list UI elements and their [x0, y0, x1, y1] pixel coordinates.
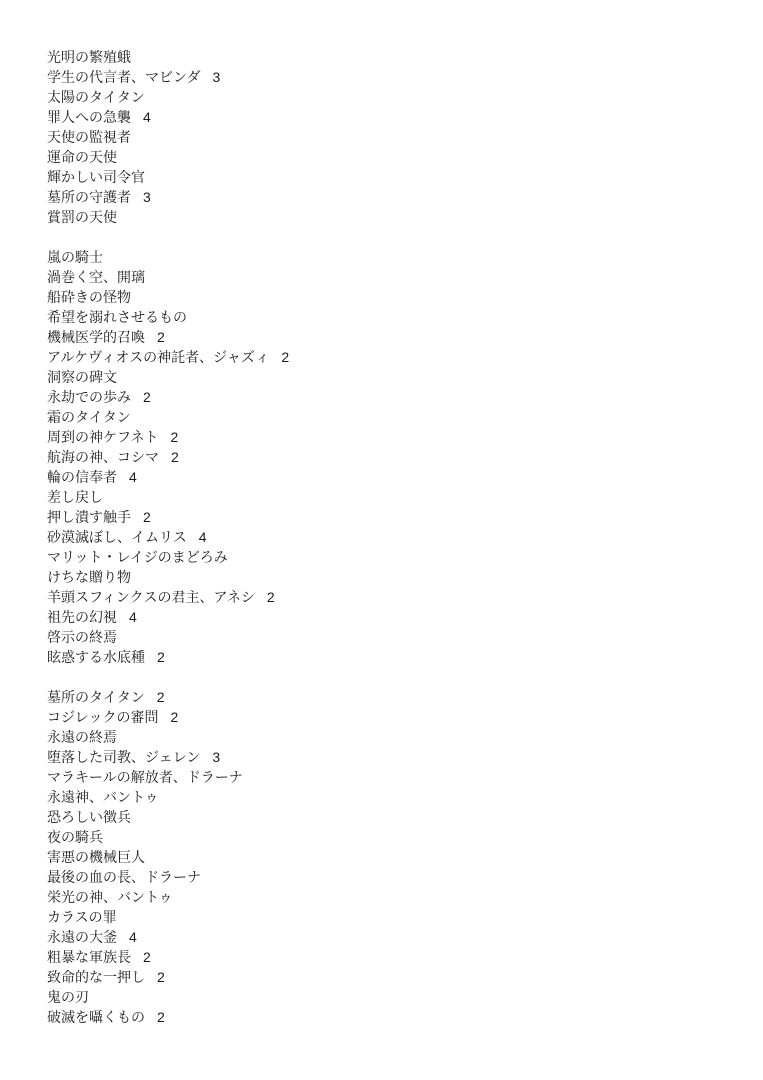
document-page: 光明の繁殖蛾学生の代言者、マビンダ3太陽のタイタン罪人への急襲4天使の監視者運命… — [0, 0, 763, 1080]
card-list-item: 機械医学的召喚2 — [47, 327, 289, 347]
card-group-3: 墓所のタイタン2コジレックの審問2永遠の終焉堕落した司教、ジェレン3マラキールの… — [47, 687, 289, 1027]
card-count: 4 — [199, 529, 207, 545]
card-list-item: アルケヴィオスの神託者、ジャズィ2 — [47, 347, 289, 367]
card-name: 罪人への急襲 — [47, 109, 131, 125]
card-count: 2 — [143, 389, 151, 405]
card-count: 3 — [143, 189, 151, 205]
card-list-item: 永遠の終焉 — [47, 727, 289, 747]
card-count: 2 — [267, 589, 275, 605]
card-list-item: 鬼の刃 — [47, 987, 289, 1007]
card-group-2: 嵐の騎士渦巻く空、開璃船砕きの怪物希望を溺れさせるもの機械医学的召喚2アルケヴィ… — [47, 247, 289, 667]
card-list-item: マリット・レイジのまどろみ — [47, 547, 289, 567]
card-count: 2 — [157, 329, 165, 345]
card-list-item: 粗暴な軍族長2 — [47, 947, 289, 967]
card-count: 2 — [157, 689, 165, 705]
card-name: 永遠神、バントゥ — [47, 789, 159, 805]
card-list-item: 周到の神ケフネト2 — [47, 427, 289, 447]
card-list-item: 墓所のタイタン2 — [47, 687, 289, 707]
card-list-item: 永劫での歩み2 — [47, 387, 289, 407]
card-name: 船砕きの怪物 — [47, 289, 131, 305]
card-list-item: 祖先の幻視4 — [47, 607, 289, 627]
card-name: 希望を溺れさせるもの — [47, 309, 187, 325]
card-name: 鬼の刃 — [47, 989, 89, 1005]
card-name: 永遠の終焉 — [47, 729, 117, 745]
card-name: 墓所のタイタン — [47, 689, 145, 705]
card-list-item: 恐ろしい徴兵 — [47, 807, 289, 827]
card-list-item: 致命的な一押し2 — [47, 967, 289, 987]
card-name: コジレックの審問 — [47, 709, 159, 725]
card-name: 害悪の機械巨人 — [47, 849, 145, 865]
card-count: 4 — [143, 109, 151, 125]
card-list-item: 渦巻く空、開璃 — [47, 267, 289, 287]
card-list-item: 罪人への急襲4 — [47, 107, 289, 127]
card-name: 光明の繁殖蛾 — [47, 49, 131, 65]
card-list-item: 太陽のタイタン — [47, 87, 289, 107]
card-name: マリット・レイジのまどろみ — [47, 549, 228, 565]
card-list-item: 賞罰の天使 — [47, 207, 289, 227]
card-list-item: 船砕きの怪物 — [47, 287, 289, 307]
card-list-item: 輪の信奉者4 — [47, 467, 289, 487]
card-list-item: 墓所の守護者3 — [47, 187, 289, 207]
card-name: 堕落した司教、ジェレン — [47, 749, 200, 765]
card-name: 渦巻く空、開璃 — [47, 269, 145, 285]
card-list-item: 天使の監視者 — [47, 127, 289, 147]
card-count: 2 — [281, 349, 289, 365]
card-name: 眩惑する水底種 — [47, 649, 145, 665]
card-list: 光明の繁殖蛾学生の代言者、マビンダ3太陽のタイタン罪人への急襲4天使の監視者運命… — [47, 47, 289, 1047]
card-list-item: 洞察の碑文 — [47, 367, 289, 387]
card-name: カラスの罪 — [47, 909, 117, 925]
card-name: 粗暴な軍族長 — [47, 949, 131, 965]
card-list-item: 差し戻し — [47, 487, 289, 507]
card-name: 輝かしい司令官 — [47, 169, 145, 185]
card-count: 2 — [157, 649, 165, 665]
card-list-item: コジレックの審問2 — [47, 707, 289, 727]
card-name: 永劫での歩み — [47, 389, 131, 405]
card-name: マラキールの解放者、ドラーナ — [47, 769, 243, 785]
card-count: 2 — [157, 1009, 165, 1025]
card-name: 破滅を囁くもの — [47, 1009, 145, 1025]
card-list-item: 押し潰す触手2 — [47, 507, 289, 527]
card-list-item: 害悪の機械巨人 — [47, 847, 289, 867]
card-name: 学生の代言者、マビンダ — [47, 69, 200, 85]
card-list-item: 光明の繁殖蛾 — [47, 47, 289, 67]
card-count: 4 — [129, 929, 137, 945]
card-name: 周到の神ケフネト — [47, 429, 158, 445]
card-list-item: 永遠神、バントゥ — [47, 787, 289, 807]
card-count: 2 — [171, 449, 179, 465]
card-name: 最後の血の長、ドラーナ — [47, 869, 201, 885]
card-name: けちな贈り物 — [47, 569, 131, 585]
card-list-item: 最後の血の長、ドラーナ — [47, 867, 289, 887]
card-name: 啓示の終焉 — [47, 629, 117, 645]
card-count: 2 — [143, 949, 151, 965]
card-list-item: 希望を溺れさせるもの — [47, 307, 289, 327]
card-list-item: 輝かしい司令官 — [47, 167, 289, 187]
card-list-item: 運命の天使 — [47, 147, 289, 167]
card-name: アルケヴィオスの神託者、ジャズィ — [47, 349, 269, 365]
card-list-item: 堕落した司教、ジェレン3 — [47, 747, 289, 767]
card-name: 洞察の碑文 — [47, 369, 117, 385]
card-group-1: 光明の繁殖蛾学生の代言者、マビンダ3太陽のタイタン罪人への急襲4天使の監視者運命… — [47, 47, 289, 227]
card-list-item: カラスの罪 — [47, 907, 289, 927]
card-count: 4 — [129, 609, 137, 625]
card-list-item: 栄光の神、バントゥ — [47, 887, 289, 907]
card-list-item: 航海の神、コシマ2 — [47, 447, 289, 467]
card-count: 2 — [157, 969, 165, 985]
card-name: 祖先の幻視 — [47, 609, 117, 625]
card-name: 差し戻し — [47, 489, 103, 505]
card-name: 砂漠滅ぼし、イムリス — [47, 529, 187, 545]
card-count: 2 — [143, 509, 151, 525]
card-name: 運命の天使 — [47, 149, 117, 165]
card-name: 霜のタイタン — [47, 409, 131, 425]
card-count: 3 — [212, 69, 220, 85]
card-name: 羊頭スフィンクスの君主、アネシ — [47, 589, 255, 605]
card-list-item: 啓示の終焉 — [47, 627, 289, 647]
card-count: 3 — [212, 749, 220, 765]
card-list-item: けちな贈り物 — [47, 567, 289, 587]
card-name: 墓所の守護者 — [47, 189, 131, 205]
card-count: 4 — [129, 469, 137, 485]
card-name: 恐ろしい徴兵 — [47, 809, 131, 825]
card-name: 永遠の大釜 — [47, 929, 117, 945]
card-list-item: 夜の騎兵 — [47, 827, 289, 847]
card-name: 嵐の騎士 — [47, 249, 103, 265]
card-list-item: 学生の代言者、マビンダ3 — [47, 67, 289, 87]
card-list-item: 永遠の大釜4 — [47, 927, 289, 947]
card-list-item: 破滅を囁くもの2 — [47, 1007, 289, 1027]
card-list-item: 羊頭スフィンクスの君主、アネシ2 — [47, 587, 289, 607]
card-name: 輪の信奉者 — [47, 469, 117, 485]
card-list-item: マラキールの解放者、ドラーナ — [47, 767, 289, 787]
card-list-item: 霜のタイタン — [47, 407, 289, 427]
card-name: 天使の監視者 — [47, 129, 131, 145]
card-name: 栄光の神、バントゥ — [47, 889, 173, 905]
card-list-item: 眩惑する水底種2 — [47, 647, 289, 667]
card-count: 2 — [171, 709, 179, 725]
card-name: 夜の騎兵 — [47, 829, 103, 845]
card-name: 太陽のタイタン — [47, 89, 145, 105]
card-name: 致命的な一押し — [47, 969, 145, 985]
card-count: 2 — [170, 429, 178, 445]
card-name: 賞罰の天使 — [47, 209, 117, 225]
card-list-item: 砂漠滅ぼし、イムリス4 — [47, 527, 289, 547]
card-list-item: 嵐の騎士 — [47, 247, 289, 267]
card-name: 機械医学的召喚 — [47, 329, 145, 345]
card-name: 航海の神、コシマ — [47, 449, 159, 465]
card-name: 押し潰す触手 — [47, 509, 131, 525]
